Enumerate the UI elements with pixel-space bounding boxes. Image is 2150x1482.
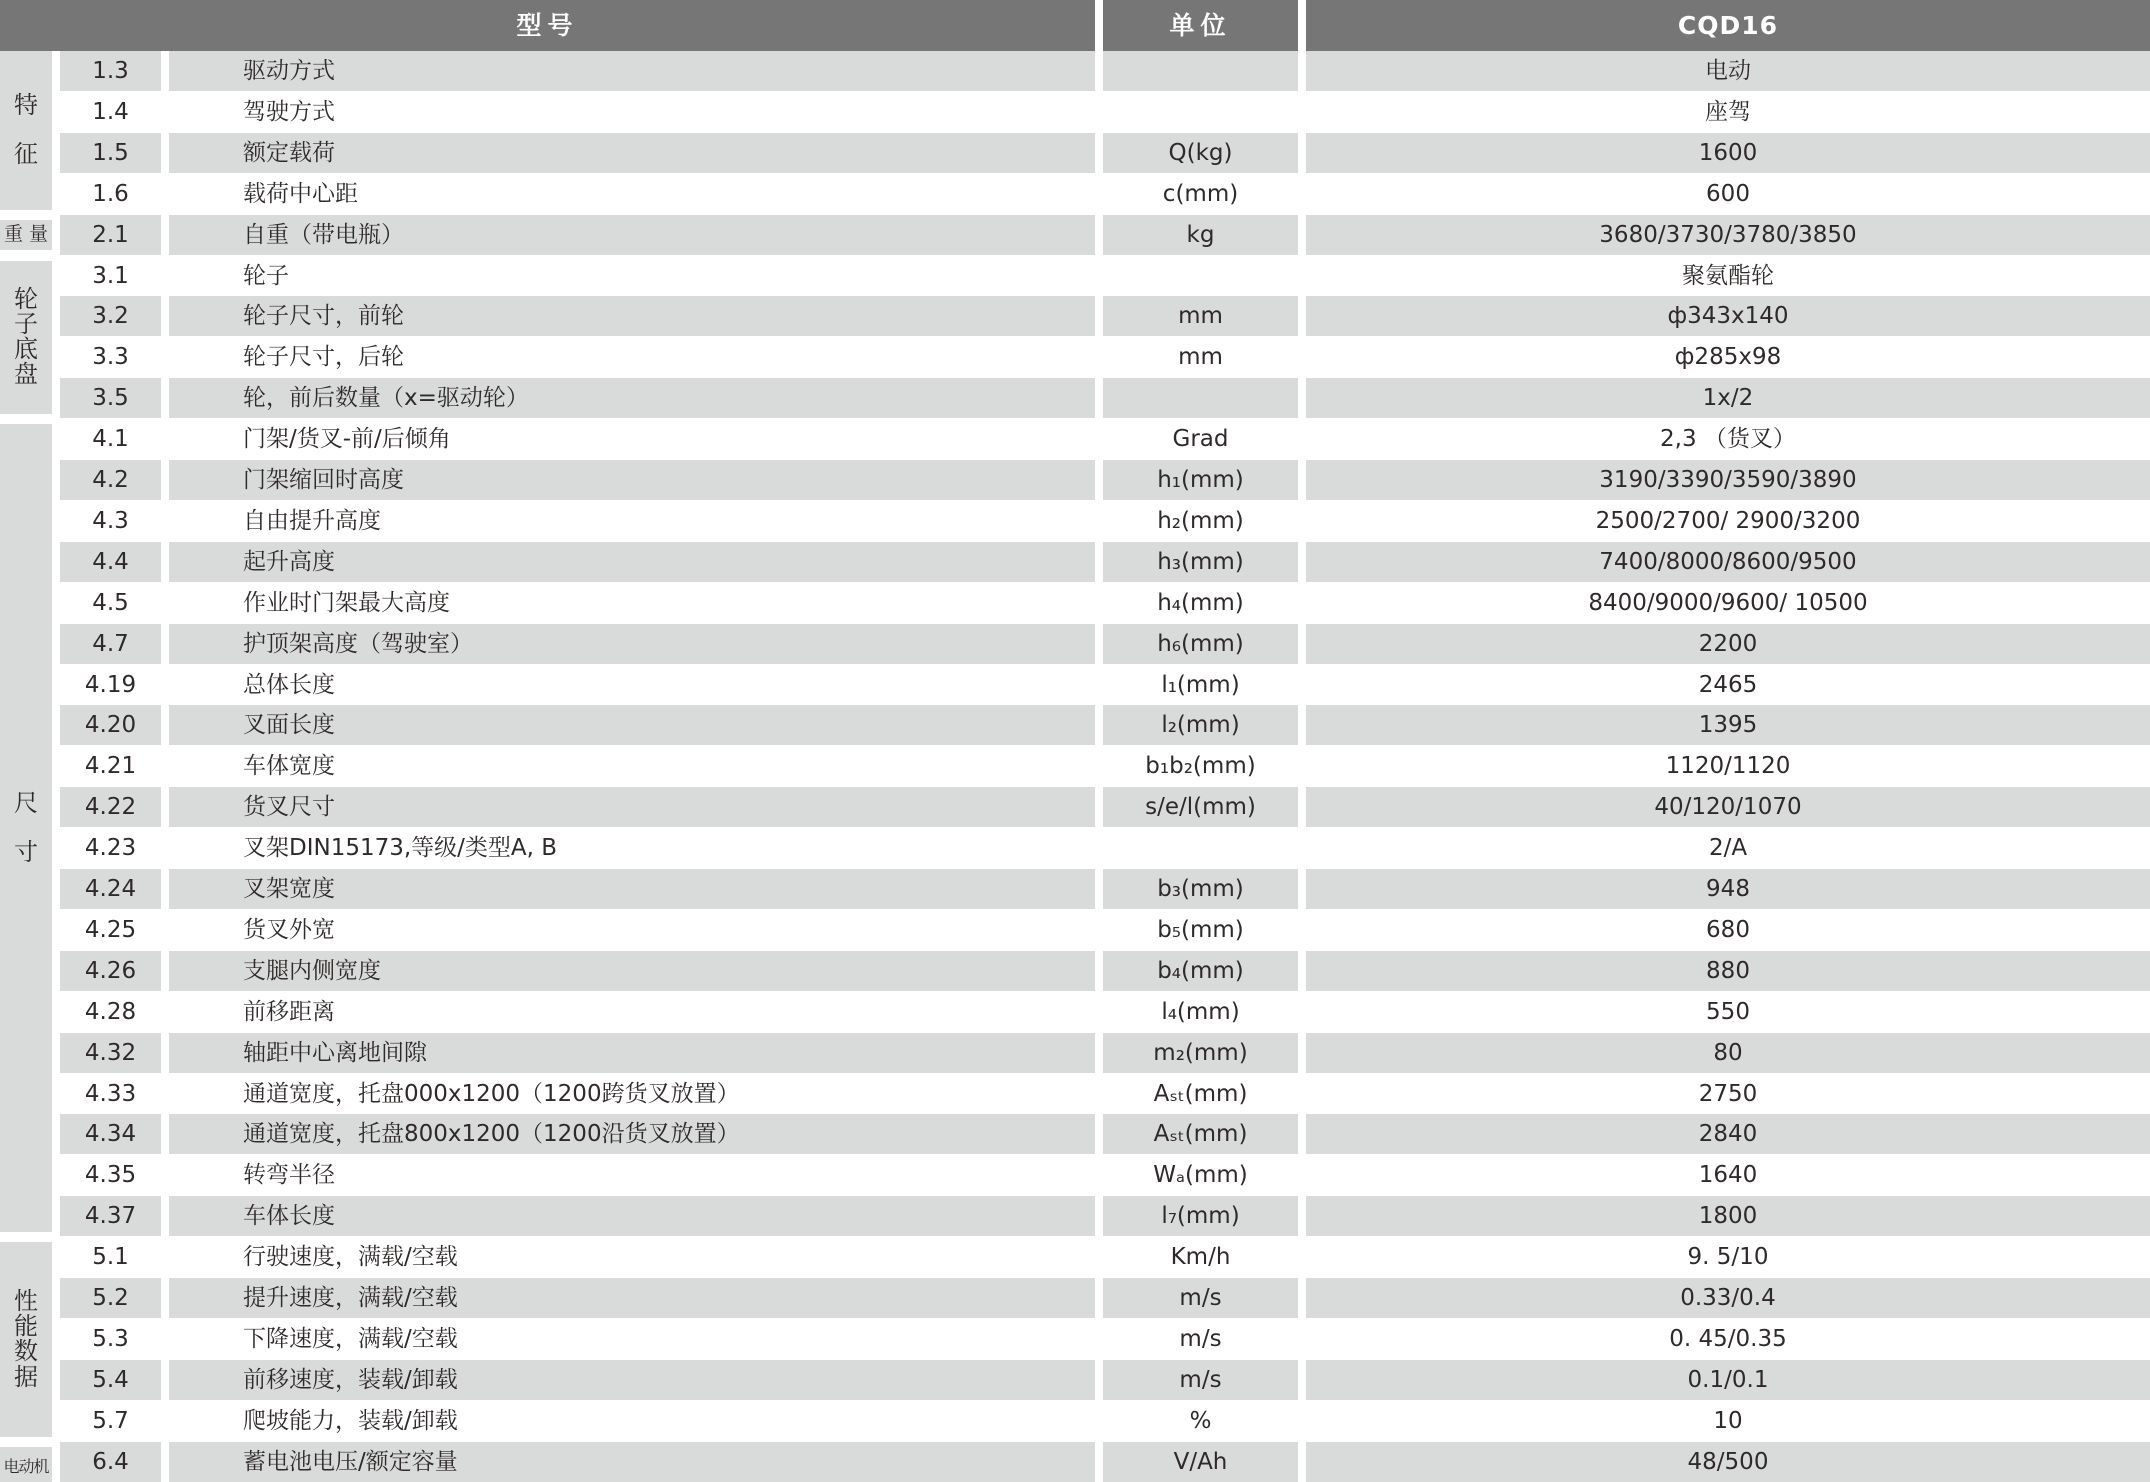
- row-unit: V/Ah: [1103, 1442, 1298, 1482]
- row-unit: mm: [1103, 296, 1298, 336]
- row-number: 5.3: [60, 1319, 161, 1359]
- row-name: 行驶速度，满载/空载: [169, 1237, 1095, 1277]
- table-row: 5.4前移速度，装载/卸载m/s0.1/0.1: [0, 1360, 2150, 1401]
- table-row: 4.24叉架宽度b₃(mm)948: [0, 869, 2150, 910]
- row-name: 轮，前后数量（x=驱动轮）: [169, 378, 1095, 418]
- table-row: 4.2门架缩回时高度h₁(mm)3190/3390/3590/3890: [0, 460, 2150, 501]
- row-value: 10: [1306, 1401, 2150, 1441]
- row-value: 0.1/0.1: [1306, 1360, 2150, 1400]
- row-number: 4.37: [60, 1196, 161, 1236]
- row-number: 4.35: [60, 1155, 161, 1195]
- row-unit: [1103, 51, 1298, 91]
- row-name: 轴距中心离地间隙: [169, 1033, 1095, 1073]
- row-number: 4.1: [60, 419, 161, 459]
- table-row: 4.37车体长度l₇(mm)1800: [0, 1196, 2150, 1237]
- row-name: 门架缩回时高度: [169, 460, 1095, 500]
- row-name: 叉架DIN15173,等级/类型A, B: [169, 828, 1095, 868]
- row-value: 8400/9000/9600/ 10500: [1306, 583, 2150, 623]
- table-row: 3.2轮子尺寸，前轮mmф343x140: [0, 296, 2150, 337]
- row-name: 提升速度，满载/空载: [169, 1278, 1095, 1318]
- table-row: 1.4驾驶方式座驾: [0, 92, 2150, 133]
- row-number: 4.33: [60, 1074, 161, 1114]
- row-value: 电动: [1306, 51, 2150, 91]
- row-value: 3190/3390/3590/3890: [1306, 460, 2150, 500]
- row-unit: [1103, 92, 1298, 132]
- table-row: 4.32轴距中心离地间隙m₂(mm)80: [0, 1033, 2150, 1074]
- row-value: 1x/2: [1306, 378, 2150, 418]
- row-name: 起升高度: [169, 542, 1095, 582]
- table-row: 3.3轮子尺寸，后轮mmф285x98: [0, 337, 2150, 378]
- row-value: 550: [1306, 992, 2150, 1032]
- row-unit: Grad: [1103, 419, 1298, 459]
- row-name: 支腿内侧宽度: [169, 951, 1095, 991]
- row-number: 1.3: [60, 51, 161, 91]
- row-value: 3680/3730/3780/3850: [1306, 215, 2150, 255]
- row-name: 额定载荷: [169, 133, 1095, 173]
- row-value: ф285x98: [1306, 337, 2150, 377]
- header-model-value: CQD16: [1306, 0, 2150, 51]
- row-value: 7400/8000/8600/9500: [1306, 542, 2150, 582]
- row-value: 2,3 （货叉）: [1306, 419, 2150, 459]
- row-name: 门架/货叉-前/后倾角: [169, 419, 1095, 459]
- row-number: 3.1: [60, 256, 161, 296]
- row-name: 通道宽度，托盘800x1200（1200沿货叉放置）: [169, 1114, 1095, 1154]
- row-value: 2465: [1306, 665, 2150, 705]
- row-value: 880: [1306, 951, 2150, 991]
- row-name: 货叉外宽: [169, 910, 1095, 950]
- row-value: 948: [1306, 869, 2150, 909]
- row-value: 1600: [1306, 133, 2150, 173]
- row-unit: m/s: [1103, 1319, 1298, 1359]
- row-unit: l₂(mm): [1103, 705, 1298, 745]
- table-row: 4.28前移距离l₄(mm)550: [0, 992, 2150, 1033]
- row-number: 2.1: [60, 215, 161, 255]
- table-row: 4.7护顶架高度（驾驶室）h₆(mm)2200: [0, 624, 2150, 665]
- row-value: 1395: [1306, 705, 2150, 745]
- table-row: 4.20叉面长度l₂(mm)1395: [0, 705, 2150, 746]
- row-number: 4.32: [60, 1033, 161, 1073]
- row-unit: h₆(mm): [1103, 624, 1298, 664]
- row-number: 4.24: [60, 869, 161, 909]
- row-value: 600: [1306, 174, 2150, 214]
- row-unit: b₁b₂(mm): [1103, 746, 1298, 786]
- row-name: 轮子: [169, 256, 1095, 296]
- row-unit: h₄(mm): [1103, 583, 1298, 623]
- row-unit: s/e/l(mm): [1103, 787, 1298, 827]
- row-unit: b₅(mm): [1103, 910, 1298, 950]
- row-unit: m/s: [1103, 1360, 1298, 1400]
- row-name: 下降速度，满载/空载: [169, 1319, 1095, 1359]
- row-value: 2750: [1306, 1074, 2150, 1114]
- row-name: 前移速度，装载/卸载: [169, 1360, 1095, 1400]
- table-row: 4.34通道宽度，托盘800x1200（1200沿货叉放置）Aₛₜ(mm)284…: [0, 1114, 2150, 1155]
- row-value: 40/120/1070: [1306, 787, 2150, 827]
- row-value: 1120/1120: [1306, 746, 2150, 786]
- row-unit: kg: [1103, 215, 1298, 255]
- row-unit: h₃(mm): [1103, 542, 1298, 582]
- row-unit: mm: [1103, 337, 1298, 377]
- row-value: 80: [1306, 1033, 2150, 1073]
- header-divider: [1298, 0, 1306, 51]
- row-value: 2500/2700/ 2900/3200: [1306, 501, 2150, 541]
- table-row: 4.26支腿内侧宽度b₄(mm)880: [0, 951, 2150, 992]
- row-number: 4.3: [60, 501, 161, 541]
- row-name: 爬坡能力，装载/卸载: [169, 1401, 1095, 1441]
- row-value: 2200: [1306, 624, 2150, 664]
- row-number: 4.2: [60, 460, 161, 500]
- row-unit: h₁(mm): [1103, 460, 1298, 500]
- table-row: 4.21车体宽度b₁b₂(mm)1120/1120: [0, 746, 2150, 787]
- row-unit: m₂(mm): [1103, 1033, 1298, 1073]
- table-row: 4.33通道宽度，托盘000x1200（1200跨货叉放置）Aₛₜ(mm)275…: [0, 1074, 2150, 1115]
- row-unit: Aₛₜ(mm): [1103, 1114, 1298, 1154]
- table-row: 5.1行驶速度，满载/空载Km/h9. 5/10: [0, 1237, 2150, 1278]
- row-name: 轮子尺寸，后轮: [169, 337, 1095, 377]
- row-number: 3.2: [60, 296, 161, 336]
- table-row: 1.5额定载荷Q(kg)1600: [0, 133, 2150, 174]
- row-name: 驾驶方式: [169, 92, 1095, 132]
- row-name: 总体长度: [169, 665, 1095, 705]
- table-row: 4.4起升高度h₃(mm)7400/8000/8600/9500: [0, 542, 2150, 583]
- table-row: 4.19总体长度l₁(mm)2465: [0, 665, 2150, 706]
- row-number: 4.21: [60, 746, 161, 786]
- row-number: 5.2: [60, 1278, 161, 1318]
- row-value: 1640: [1306, 1155, 2150, 1195]
- row-name: 叉架宽度: [169, 869, 1095, 909]
- row-unit: %: [1103, 1401, 1298, 1441]
- row-number: 4.22: [60, 787, 161, 827]
- row-unit: Q(kg): [1103, 133, 1298, 173]
- row-unit: [1103, 378, 1298, 418]
- table-row: 4.5作业时门架最大高度h₄(mm)8400/9000/9600/ 10500: [0, 583, 2150, 624]
- row-unit: b₃(mm): [1103, 869, 1298, 909]
- row-unit: [1103, 256, 1298, 296]
- row-name: 叉面长度: [169, 705, 1095, 745]
- row-unit: l₄(mm): [1103, 992, 1298, 1032]
- row-number: 5.1: [60, 1237, 161, 1277]
- row-unit: h₂(mm): [1103, 501, 1298, 541]
- row-number: 4.5: [60, 583, 161, 623]
- row-value: 2840: [1306, 1114, 2150, 1154]
- row-name: 自由提升高度: [169, 501, 1095, 541]
- row-name: 货叉尺寸: [169, 787, 1095, 827]
- row-name: 自重（带电瓶）: [169, 215, 1095, 255]
- row-unit: Km/h: [1103, 1237, 1298, 1277]
- row-number: 4.26: [60, 951, 161, 991]
- row-number: 4.4: [60, 542, 161, 582]
- table-row: 5.2提升速度，满载/空载m/s0.33/0.4: [0, 1278, 2150, 1319]
- row-number: 4.23: [60, 828, 161, 868]
- row-unit: Wₐ(mm): [1103, 1155, 1298, 1195]
- row-unit: b₄(mm): [1103, 951, 1298, 991]
- row-value: 座驾: [1306, 92, 2150, 132]
- row-unit: c(mm): [1103, 174, 1298, 214]
- header-divider: [1095, 0, 1103, 51]
- table-row: 4.22货叉尺寸s/e/l(mm)40/120/1070: [0, 787, 2150, 828]
- row-unit: Aₛₜ(mm): [1103, 1074, 1298, 1114]
- table-row: 4.35转弯半径Wₐ(mm)1640: [0, 1155, 2150, 1196]
- row-number: 3.3: [60, 337, 161, 377]
- row-name: 蓄电池电压/额定容量: [169, 1442, 1095, 1482]
- row-value: 2/A: [1306, 828, 2150, 868]
- row-name: 轮子尺寸，前轮: [169, 296, 1095, 336]
- row-unit: l₁(mm): [1103, 665, 1298, 705]
- table-row: 1.3驱动方式电动: [0, 51, 2150, 92]
- row-value: 680: [1306, 910, 2150, 950]
- row-name: 车体长度: [169, 1196, 1095, 1236]
- table-row: 6.4蓄电池电压/额定容量V/Ah48/500: [0, 1442, 2150, 1482]
- row-unit: m/s: [1103, 1278, 1298, 1318]
- row-name: 护顶架高度（驾驶室）: [169, 624, 1095, 664]
- row-number: 1.6: [60, 174, 161, 214]
- row-number: 3.5: [60, 378, 161, 418]
- table-row: 5.7爬坡能力，装载/卸载%10: [0, 1401, 2150, 1442]
- row-number: 1.5: [60, 133, 161, 173]
- table-row: 2.1自重（带电瓶）kg3680/3730/3780/3850: [0, 215, 2150, 256]
- row-value: 聚氨酯轮: [1306, 256, 2150, 296]
- header-model-label: 型号: [0, 0, 1095, 51]
- table-row: 4.3自由提升高度h₂(mm)2500/2700/ 2900/3200: [0, 501, 2150, 542]
- row-name: 前移距离: [169, 992, 1095, 1032]
- table-row: 4.1门架/货叉-前/后倾角Grad2,3 （货叉）: [0, 419, 2150, 460]
- row-number: 4.34: [60, 1114, 161, 1154]
- row-number: 4.19: [60, 665, 161, 705]
- row-number: 4.25: [60, 910, 161, 950]
- row-number: 1.4: [60, 92, 161, 132]
- row-unit: [1103, 828, 1298, 868]
- row-name: 通道宽度，托盘000x1200（1200跨货叉放置）: [169, 1074, 1095, 1114]
- row-number: 5.7: [60, 1401, 161, 1441]
- table-row: 4.25货叉外宽b₅(mm)680: [0, 910, 2150, 951]
- row-value: 1800: [1306, 1196, 2150, 1236]
- row-name: 载荷中心距: [169, 174, 1095, 214]
- table-header: 型号 单位 CQD16: [0, 0, 2150, 51]
- header-unit-label: 单位: [1103, 0, 1298, 51]
- row-value: ф343x140: [1306, 296, 2150, 336]
- row-value: 9. 5/10: [1306, 1237, 2150, 1277]
- row-name: 驱动方式: [169, 51, 1095, 91]
- table-row: 3.1轮子聚氨酯轮: [0, 256, 2150, 297]
- row-unit: l₇(mm): [1103, 1196, 1298, 1236]
- row-number: 5.4: [60, 1360, 161, 1400]
- table-row: 4.23叉架DIN15173,等级/类型A, B2/A: [0, 828, 2150, 869]
- row-number: 6.4: [60, 1442, 161, 1482]
- row-number: 4.28: [60, 992, 161, 1032]
- row-value: 0.33/0.4: [1306, 1278, 2150, 1318]
- row-name: 转弯半径: [169, 1155, 1095, 1195]
- table-row: 5.3下降速度，满载/空载m/s0. 45/0.35: [0, 1319, 2150, 1360]
- row-value: 0. 45/0.35: [1306, 1319, 2150, 1359]
- table-row: 1.6载荷中心距c(mm)600: [0, 174, 2150, 215]
- row-number: 4.20: [60, 705, 161, 745]
- table-row: 3.5轮，前后数量（x=驱动轮）1x/2: [0, 378, 2150, 419]
- row-name: 作业时门架最大高度: [169, 583, 1095, 623]
- row-number: 4.7: [60, 624, 161, 664]
- row-value: 48/500: [1306, 1442, 2150, 1482]
- row-name: 车体宽度: [169, 746, 1095, 786]
